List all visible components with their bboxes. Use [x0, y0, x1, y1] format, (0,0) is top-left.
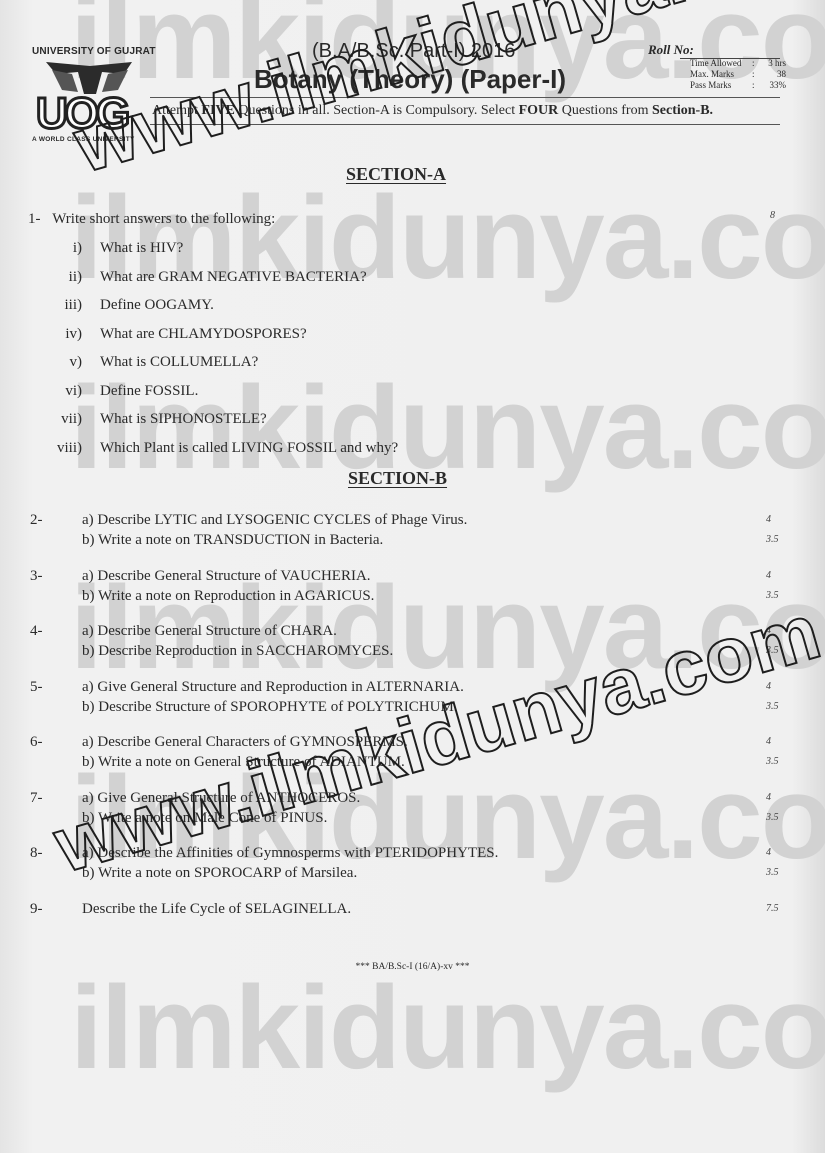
item-label: iii) [22, 297, 82, 314]
question-number: 2- [30, 512, 70, 529]
question-marks: 3.5 [766, 534, 779, 545]
item-label: iv) [22, 326, 82, 343]
exam-meta: Time Allowed:3 hrs Max. Marks:38 Pass Ma… [690, 58, 786, 91]
item-text: What is HIV? [100, 240, 183, 257]
item-text: What are GRAM NEGATIVE BACTERIA? [100, 269, 367, 286]
section-a-title: SECTION-A [346, 164, 446, 185]
paper-code-footer: *** BA/B.Sc-I (16/A)-xv *** [0, 962, 825, 972]
question-marks: 4 [766, 847, 771, 858]
question-part: Describe the Life Cycle of SELAGINELLA. [82, 901, 351, 918]
meta-row: Pass Marks:33% [690, 80, 786, 91]
item-label: viii) [22, 440, 82, 457]
section-b-title: SECTION-B [348, 468, 447, 489]
question-part: b) Write a note on TRANSDUCTION in Bacte… [82, 532, 383, 549]
question-part: a) Describe General Structure of VAUCHER… [82, 568, 371, 585]
meta-row: Max. Marks:38 [690, 69, 786, 80]
question-number: 6- [30, 734, 70, 751]
item-label: vi) [22, 383, 82, 400]
question-marks: 4 [766, 514, 771, 525]
question-number: 4- [30, 623, 70, 640]
item-text: What are CHLAMYDOSPORES? [100, 326, 307, 343]
item-text: Define OOGAMY. [100, 297, 214, 314]
question-marks: 3.5 [766, 756, 779, 767]
question-text: Write short answers to the following: [52, 211, 275, 227]
question-marks: 4 [766, 736, 771, 747]
item-label: vii) [22, 411, 82, 428]
question-number: 1- [28, 211, 41, 227]
question-marks: 3.5 [766, 701, 779, 712]
roll-no-label: Roll No: [648, 42, 694, 58]
question-part: a) Describe LYTIC and LYSOGENIC CYCLES o… [82, 512, 467, 529]
item-text: What is SIPHONOSTELE? [100, 411, 267, 428]
question-part: b) Describe Reproduction in SACCHAROMYCE… [82, 643, 393, 660]
question-marks: 4 [766, 570, 771, 581]
question-1: 1- Write short answers to the following: [28, 211, 275, 228]
item-label: v) [22, 354, 82, 371]
university-name: UNIVERSITY OF GUJRAT [32, 46, 156, 57]
question-part: a) Give General Structure and Reproducti… [82, 679, 464, 696]
question-marks: 3.5 [766, 867, 779, 878]
question-part: b) Write a note on Reproduction in AGARI… [82, 588, 374, 605]
question-marks: 3.5 [766, 812, 779, 823]
question-number: 9- [30, 901, 70, 918]
question-marks: 4 [766, 792, 771, 803]
question-number: 5- [30, 679, 70, 696]
question-marks: 7.5 [766, 903, 779, 914]
item-label: ii) [22, 269, 82, 286]
item-text: Which Plant is called LIVING FOSSIL and … [100, 440, 398, 457]
question-part: a) Describe General Structure of CHARA. [82, 623, 337, 640]
item-text: What is COLLUMELLA? [100, 354, 258, 371]
item-label: i) [22, 240, 82, 257]
item-text: Define FOSSIL. [100, 383, 198, 400]
question-number: 3- [30, 568, 70, 585]
meta-row: Time Allowed:3 hrs [690, 58, 786, 69]
question-marks: 8 [770, 210, 775, 221]
